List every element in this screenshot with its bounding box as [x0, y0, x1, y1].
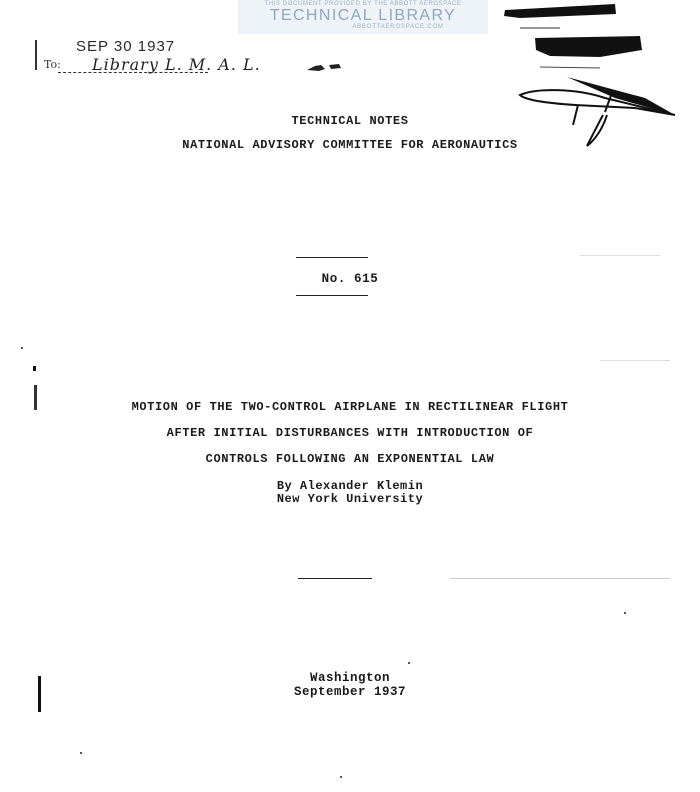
- publication-date: September 1937: [0, 685, 700, 699]
- received-date-stamp: SEP 30 1937: [76, 38, 175, 55]
- note-number: No. 615: [0, 272, 700, 286]
- series-heading: TECHNICAL NOTES: [0, 114, 700, 128]
- ink-blot-icon: [305, 60, 345, 74]
- stamp-to-label: To:: [44, 58, 61, 71]
- separator-rule: [298, 578, 372, 579]
- publication-place: Washington: [0, 671, 700, 685]
- author-affiliation: New York University: [0, 493, 700, 506]
- watermark-banner: THIS DOCUMENT PROVIDED BY THE ABBOTT AER…: [238, 0, 488, 34]
- speck: [624, 612, 626, 614]
- margin-mark: [33, 366, 36, 371]
- faint-dashes: [600, 360, 670, 361]
- number-rule-bottom: [296, 295, 368, 296]
- watermark-library: TECHNICAL LIBRARY: [238, 7, 488, 25]
- speck: [21, 347, 23, 349]
- handwritten-recipient: Library L. M. A. L.: [92, 55, 261, 74]
- title-line-1: MOTION OF THE TWO-CONTROL AIRPLANE IN RE…: [0, 400, 700, 414]
- margin-mark: [35, 40, 37, 70]
- speck: [408, 662, 410, 664]
- organization-heading: NATIONAL ADVISORY COMMITTEE FOR AERONAUT…: [0, 138, 700, 152]
- speck: [80, 752, 82, 754]
- faint-dashes: [580, 255, 660, 256]
- title-line-3: CONTROLS FOLLOWING AN EXPONENTIAL LAW: [0, 452, 700, 466]
- number-rule-top: [296, 257, 368, 258]
- document-page: THIS DOCUMENT PROVIDED BY THE ABBOTT AER…: [0, 0, 700, 792]
- watermark-site: ABBOTTAEROSPACE.COM: [308, 24, 488, 30]
- margin-mark: [38, 676, 41, 712]
- margin-mark: [34, 385, 37, 410]
- faint-dashes: [450, 578, 670, 579]
- speck: [340, 776, 342, 778]
- title-line-2: AFTER INITIAL DISTURBANCES WITH INTRODUC…: [0, 426, 700, 440]
